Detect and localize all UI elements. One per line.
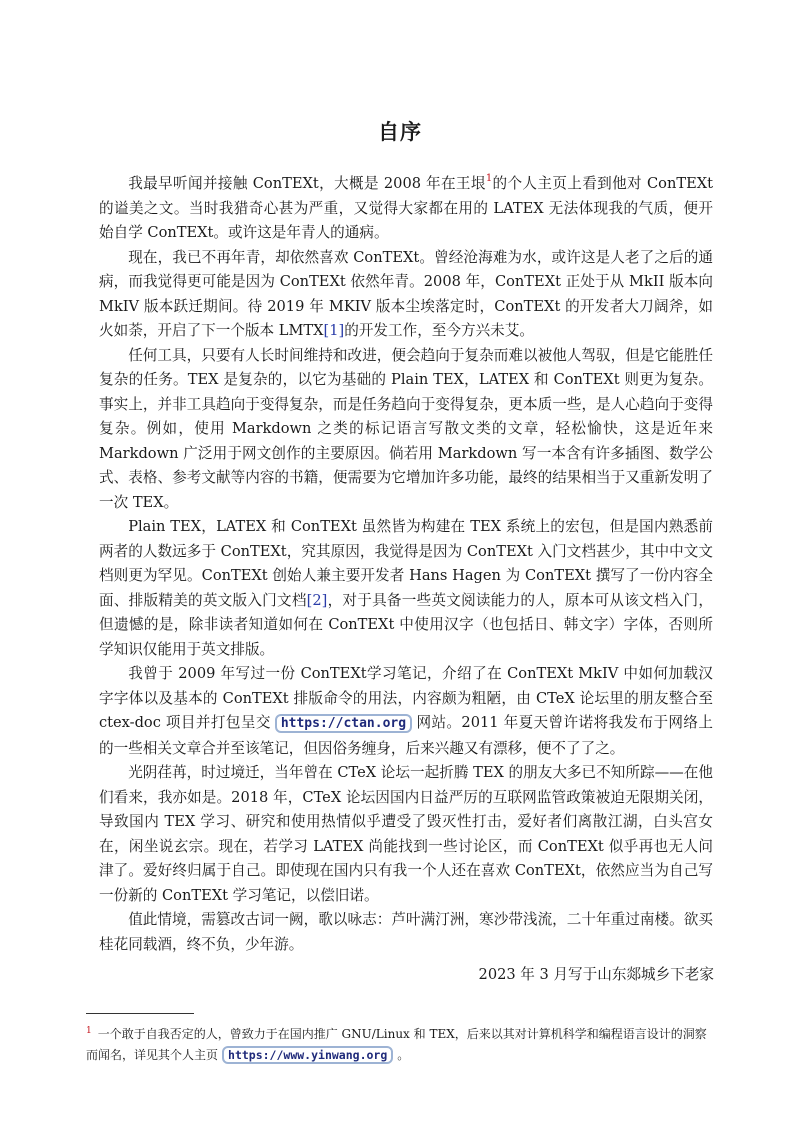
page-title: 自序: [0, 116, 800, 146]
signature-line: 2023 年 3 月写于山东郯城乡下老家: [479, 963, 714, 984]
paragraph-text: 值此情境，需篡改古词一阙，歌以咏志：芦叶满汀洲，寒沙带浅流，二十年重过南楼。欲买…: [99, 911, 713, 953]
paragraph-5: 我曾于 2009 年写过一份 ConTEXt学习笔记，介绍了在 ConTEXt …: [99, 662, 713, 761]
footnote-mark: 1: [86, 1026, 92, 1036]
footnote-1: 1一个敢于自我否定的人，曾致力于在国内推广 GNU/Linux 和 TEX，后来…: [86, 1021, 716, 1066]
paragraph-2: 现在，我已不再年青，却依然喜欢 ConTEXt。曾经沧海难为水，或许这是人老了之…: [99, 246, 713, 344]
paragraph-text: 任何工具，只要有人长时间维持和改进，便会趋向于复杂而难以被他人驾驭，但是它能胜任…: [99, 347, 713, 511]
paragraph-text: 的开发工作，至今方兴未艾。: [344, 322, 534, 339]
citation-link-1[interactable]: [1]: [324, 322, 345, 339]
paragraph-1: 我最早听闻并接触 ConTEXt，大概是 2008 年在王垠1的个人主页上看到他…: [99, 172, 713, 246]
footnote-divider: [86, 1013, 194, 1014]
ctan-url-link[interactable]: https://ctan.org: [275, 714, 412, 733]
paragraph-3: 任何工具，只要有人长时间维持和改进，便会趋向于复杂而难以被他人驾驭，但是它能胜任…: [99, 344, 713, 516]
paragraph-6: 光阴荏苒，时过境迁，当年曾在 CTeX 论坛一起折腾 TEX 的朋友大多已不知所…: [99, 761, 713, 908]
citation-link-2[interactable]: [2]: [307, 592, 328, 609]
paragraph-text: 光阴荏苒，时过境迁，当年曾在 CTeX 论坛一起折腾 TEX 的朋友大多已不知所…: [99, 764, 713, 904]
paragraph-4: Plain TEX，LATEX 和 ConTEXt 虽然皆为构建在 TEX 系统…: [99, 515, 713, 662]
yinwang-url-link[interactable]: https://www.yinwang.org: [222, 1046, 393, 1064]
preface-body: 我最早听闻并接触 ConTEXt，大概是 2008 年在王垠1的个人主页上看到他…: [99, 172, 713, 957]
footnote-text-end: 。: [397, 1048, 409, 1062]
paragraph-7: 值此情境，需篡改古词一阙，歌以咏志：芦叶满汀洲，寒沙带浅流，二十年重过南楼。欲买…: [99, 908, 713, 957]
paragraph-text: 我最早听闻并接触 ConTEXt，大概是 2008 年在王垠: [128, 175, 486, 192]
